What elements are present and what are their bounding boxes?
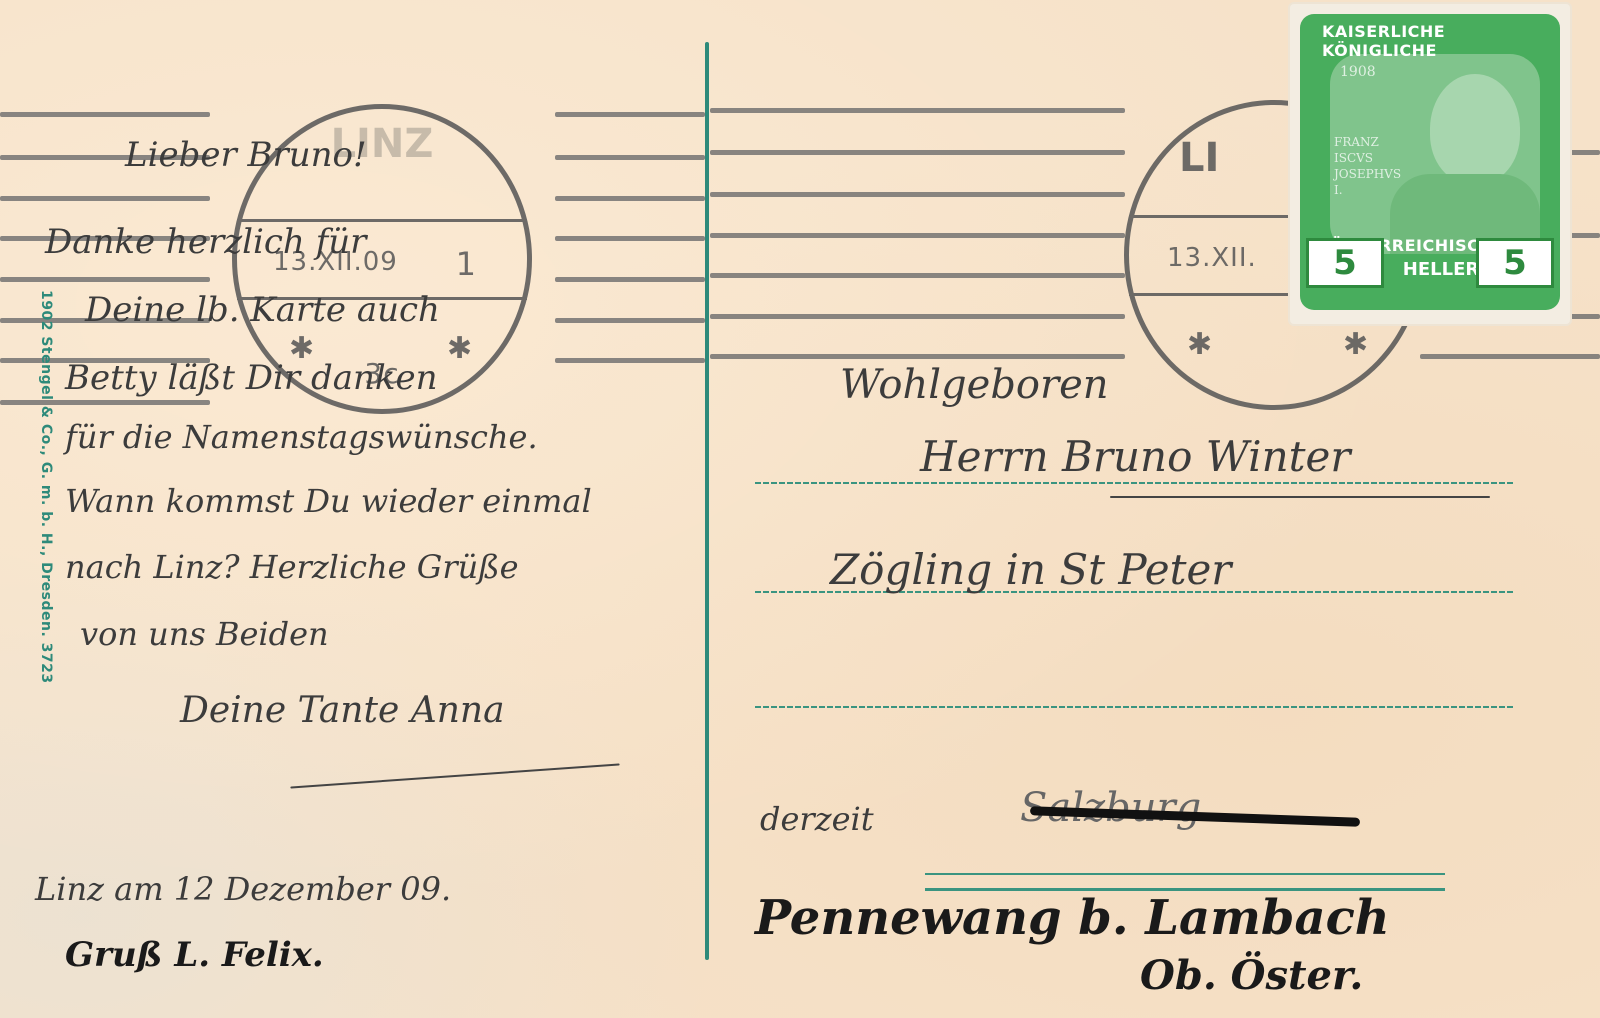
cancel-line: [555, 318, 705, 323]
cancel-line: [0, 196, 210, 201]
portrait-head: [1430, 74, 1520, 184]
cancel-line: [0, 400, 210, 405]
stamp-top-text: KAISERLICHE KÖNIGLICHE: [1322, 22, 1560, 60]
forward-prefix: derzeit: [760, 800, 874, 838]
cancel-line: [710, 108, 1125, 113]
address-line: [925, 873, 1445, 875]
cancel-line: [555, 277, 705, 282]
cancel-line: [710, 354, 1125, 359]
cancel-line: [710, 150, 1125, 155]
stamp-value-left: 5: [1306, 238, 1384, 288]
message-line: Lieber Bruno!: [125, 135, 367, 175]
address-line: [755, 482, 1515, 484]
printer-imprint: 1902 Stengel & Co., G. m. b. H., Dresden…: [38, 290, 54, 684]
cancel-line: [0, 277, 210, 282]
cancel-line: [555, 196, 705, 201]
star-icon: ✱: [1187, 327, 1212, 362]
stamp-year: 1908: [1340, 64, 1376, 80]
address-line: [755, 706, 1515, 708]
stamp-value-right: 5: [1476, 238, 1554, 288]
message-line: nach Linz? Herzliche Grüße: [65, 548, 519, 586]
signature: Deine Tante Anna: [180, 690, 505, 731]
address-salutation: Wohlgeboren: [840, 362, 1109, 408]
place-date: Linz am 12 Dezember 09.: [35, 870, 451, 908]
address-region: Ob. Öster.: [1140, 952, 1363, 999]
cancel-line: [710, 192, 1125, 197]
star-icon: ✱: [1343, 327, 1368, 362]
message-line: für die Namenstagswünsche.: [65, 418, 538, 456]
message-line: Danke herzlich für: [45, 222, 366, 262]
message-line: Wann kommst Du wieder einmal: [65, 482, 592, 520]
message-line: Deine lb. Karte auch: [85, 290, 440, 330]
signature-flourish: [290, 763, 619, 788]
cancel-line: [0, 112, 210, 117]
cancel-line: [1570, 150, 1600, 155]
cancel-line: [710, 273, 1125, 278]
cancel-line: [555, 236, 705, 241]
cancel-line: [710, 233, 1125, 238]
postage-stamp: KAISERLICHE KÖNIGLICHE ÖSTERREICHISCHE P…: [1290, 4, 1570, 324]
cancel-line: [1420, 354, 1600, 359]
stamp-portrait-name: FRANZ ISCVS JOSEPHVS I.: [1334, 134, 1401, 198]
stamp-frame: KAISERLICHE KÖNIGLICHE ÖSTERREICHISCHE P…: [1300, 14, 1560, 310]
address-line2: Zögling in St Peter: [830, 545, 1231, 594]
name-underline: [1110, 496, 1490, 498]
message-line: Betty läßt Dir danken: [65, 358, 438, 398]
cancel-line: [710, 314, 1125, 319]
cancel-line: [555, 155, 705, 160]
postcard: 1902 Stengel & Co., G. m. b. H., Dresden…: [0, 0, 1600, 1018]
address-town: Pennewang b. Lambach: [755, 890, 1390, 946]
cancel-line: [555, 112, 705, 117]
center-divider: [705, 42, 709, 960]
stamp-denomination: HELLER: [1396, 259, 1486, 280]
message-line: von uns Beiden: [80, 615, 329, 653]
postscript: Gruß L. Felix.: [65, 935, 324, 975]
address-name: Herrn Bruno Winter: [920, 432, 1350, 481]
cancel-line: [1570, 233, 1600, 238]
cancel-line: [555, 358, 705, 363]
cancel-line: [1570, 314, 1600, 319]
